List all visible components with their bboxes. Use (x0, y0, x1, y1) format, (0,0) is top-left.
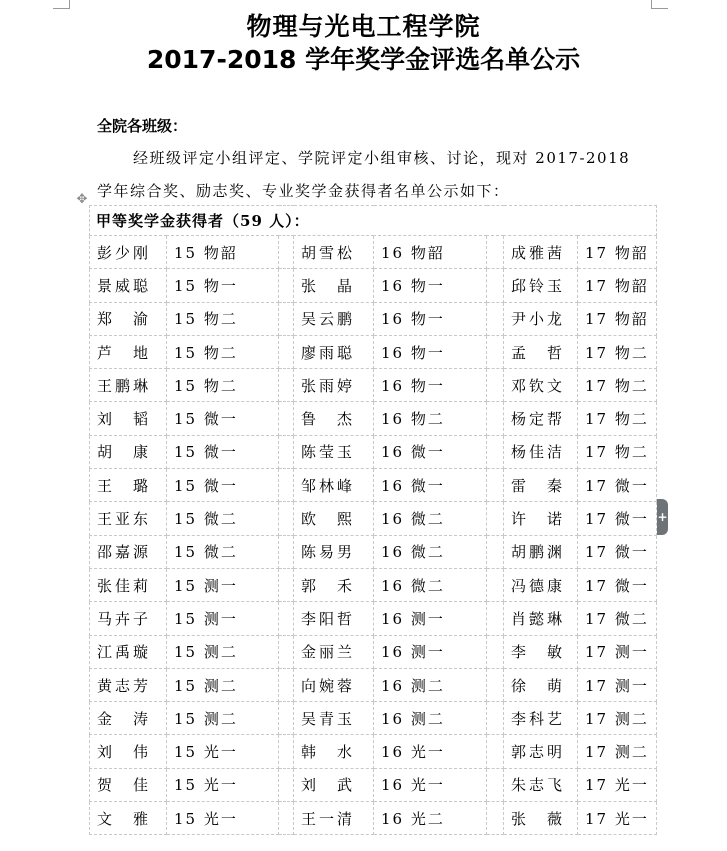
student-class: 17 物韶 (578, 269, 657, 302)
scholarship-table: 甲等奖学金获得者（59 人）： 彭少刚15 物韶胡雪松16 物韶成雅茜17 物韶… (89, 205, 657, 835)
student-name: 王 璐 (90, 469, 167, 502)
student-name: 贺 佳 (90, 768, 167, 801)
student-name: 文 雅 (90, 802, 167, 835)
student-name: 张 晶 (294, 269, 374, 302)
student-name: 雷 秦 (504, 469, 578, 502)
student-name: 吴青玉 (294, 702, 374, 735)
table-row: 张佳莉15 测一郭 禾16 微二冯德康17 微一 (90, 568, 657, 601)
greeting: 全院各班级： (97, 115, 187, 136)
student-class: 15 微二 (167, 502, 279, 535)
table-row: 彭少刚15 物韶胡雪松16 物韶成雅茜17 物韶 (90, 236, 657, 269)
student-name: 李 敏 (504, 635, 578, 668)
plus-icon: + (657, 510, 667, 524)
student-name: 陈易男 (294, 535, 374, 568)
student-name: 杨定帮 (504, 402, 578, 435)
student-class: 17 物二 (578, 369, 657, 402)
student-class: 17 微一 (578, 568, 657, 601)
student-class: 17 测二 (578, 702, 657, 735)
student-name: 鲁 杰 (294, 402, 374, 435)
student-name: 胡鹏渊 (504, 535, 578, 568)
spacer-cell (487, 535, 504, 568)
student-class: 16 测一 (374, 635, 487, 668)
student-name: 黄志芳 (90, 668, 167, 701)
student-name: 陈莹玉 (294, 435, 374, 468)
student-class: 16 光一 (374, 768, 487, 801)
student-name: 郑 渝 (90, 302, 167, 335)
student-name: 徐 萌 (504, 668, 578, 701)
student-class: 15 光一 (167, 735, 279, 768)
student-name: 成雅茜 (504, 236, 578, 269)
table-row: 郑 渝15 物二吴云鹏16 物一尹小龙17 物韶 (90, 302, 657, 335)
student-class: 16 微一 (374, 469, 487, 502)
student-class: 16 微二 (374, 535, 487, 568)
student-name: 邵嘉源 (90, 535, 167, 568)
student-class: 16 物一 (374, 335, 487, 368)
spacer-cell (487, 668, 504, 701)
table-row: 贺 佳15 光一刘 武16 光一朱志飞17 光一 (90, 768, 657, 801)
student-name: 欧 熙 (294, 502, 374, 535)
student-class: 15 微二 (167, 535, 279, 568)
student-class: 17 测二 (578, 735, 657, 768)
student-class: 15 测二 (167, 635, 279, 668)
student-class: 17 物二 (578, 335, 657, 368)
student-name: 王亚东 (90, 502, 167, 535)
student-name: 彭少刚 (90, 236, 167, 269)
student-name: 张 薇 (504, 802, 578, 835)
spacer-cell (487, 635, 504, 668)
spacer-cell (487, 735, 504, 768)
student-name: 刘 武 (294, 768, 374, 801)
student-name: 江禹璇 (90, 635, 167, 668)
spacer-cell (487, 302, 504, 335)
student-class: 17 微一 (578, 469, 657, 502)
student-class: 17 光一 (578, 768, 657, 801)
student-class: 15 微一 (167, 469, 279, 502)
spacer-cell (279, 602, 294, 635)
student-name: 王鹏琳 (90, 369, 167, 402)
spacer-cell (487, 802, 504, 835)
student-name: 郭 禾 (294, 568, 374, 601)
table-row: 景威聪15 物一张 晶16 物一邱铃玉17 物韶 (90, 269, 657, 302)
spacer-cell (279, 768, 294, 801)
student-name: 杨佳洁 (504, 435, 578, 468)
student-class: 17 物韶 (578, 236, 657, 269)
student-class: 16 微二 (374, 502, 487, 535)
student-name: 胡雪松 (294, 236, 374, 269)
intro-paragraph-line1: 经班级评定小组评定、学院评定小组审核、讨论，现对 2017-2018 (97, 147, 655, 168)
student-class: 15 物韶 (167, 236, 279, 269)
spacer-cell (279, 236, 294, 269)
student-class: 15 物二 (167, 302, 279, 335)
student-class: 17 物韶 (578, 302, 657, 335)
spacer-cell (279, 402, 294, 435)
student-class: 15 光一 (167, 802, 279, 835)
student-name: 李阳哲 (294, 602, 374, 635)
student-class: 16 物一 (374, 369, 487, 402)
student-class: 17 物二 (578, 402, 657, 435)
spacer-cell (487, 369, 504, 402)
student-name: 胡 康 (90, 435, 167, 468)
student-class: 16 物韶 (374, 236, 487, 269)
spacer-cell (487, 568, 504, 601)
spacer-cell (487, 702, 504, 735)
spacer-cell (279, 535, 294, 568)
student-name: 邹林峰 (294, 469, 374, 502)
table-row: 黄志芳15 测二向婉蓉16 测二徐 萌17 测一 (90, 668, 657, 701)
student-class: 15 测二 (167, 702, 279, 735)
spacer-cell (279, 702, 294, 735)
student-name: 向婉蓉 (294, 668, 374, 701)
table-row: 王鹏琳15 物二张雨婷16 物一邓钦文17 物二 (90, 369, 657, 402)
student-class: 15 测一 (167, 602, 279, 635)
student-class: 16 微二 (374, 568, 487, 601)
student-name: 张佳莉 (90, 568, 167, 601)
student-name: 肖懿琳 (504, 602, 578, 635)
spacer-cell (279, 735, 294, 768)
table-move-handle-icon[interactable]: ✥ (75, 193, 89, 207)
spacer-cell (487, 402, 504, 435)
document-title: 物理与光电工程学院 (0, 7, 727, 43)
student-name: 芦 地 (90, 335, 167, 368)
spacer-cell (279, 435, 294, 468)
spacer-cell (487, 435, 504, 468)
spacer-cell (279, 269, 294, 302)
table-row: 江禹璇15 测二金丽兰16 测一李 敏17 测一 (90, 635, 657, 668)
table-row: 王亚东15 微二欧 熙16 微二许 诺17 微一 (90, 502, 657, 535)
student-class: 17 微二 (578, 602, 657, 635)
table-row: 马卉子15 测一李阳哲16 测一肖懿琳17 微二 (90, 602, 657, 635)
student-class: 16 光二 (374, 802, 487, 835)
student-name: 廖雨聪 (294, 335, 374, 368)
student-name: 郭志明 (504, 735, 578, 768)
table-row: 芦 地15 物二廖雨聪16 物一孟 哲17 物二 (90, 335, 657, 368)
spacer-cell (279, 302, 294, 335)
student-class: 17 测一 (578, 668, 657, 701)
student-class: 15 测二 (167, 668, 279, 701)
spacer-cell (279, 802, 294, 835)
table-row: 金 涛15 测二吴青玉16 测二李科艺17 测二 (90, 702, 657, 735)
student-class: 16 光一 (374, 735, 487, 768)
spacer-cell (487, 502, 504, 535)
table-row: 王 璐15 微一邹林峰16 微一雷 秦17 微一 (90, 469, 657, 502)
spacer-cell (487, 469, 504, 502)
spacer-cell (279, 635, 294, 668)
student-class: 15 物二 (167, 369, 279, 402)
student-name: 王一清 (294, 802, 374, 835)
student-class: 17 测一 (578, 635, 657, 668)
student-class: 17 微一 (578, 502, 657, 535)
student-name: 金丽兰 (294, 635, 374, 668)
student-name: 景威聪 (90, 269, 167, 302)
student-class: 17 光一 (578, 802, 657, 835)
spacer-cell (279, 369, 294, 402)
table-header-row: 甲等奖学金获得者（59 人）： (90, 206, 657, 236)
student-class: 16 测一 (374, 602, 487, 635)
student-class: 17 物二 (578, 435, 657, 468)
spacer-cell (279, 568, 294, 601)
student-name: 朱志飞 (504, 768, 578, 801)
spacer-cell (487, 335, 504, 368)
add-column-button[interactable]: + (657, 499, 668, 535)
spacer-cell (279, 502, 294, 535)
student-name: 邓钦文 (504, 369, 578, 402)
spacer-cell (487, 269, 504, 302)
student-name: 金 涛 (90, 702, 167, 735)
student-name: 刘 伟 (90, 735, 167, 768)
student-name: 马卉子 (90, 602, 167, 635)
student-class: 16 物一 (374, 269, 487, 302)
student-class: 15 测一 (167, 568, 279, 601)
spacer-cell (487, 602, 504, 635)
student-name: 刘 韬 (90, 402, 167, 435)
table-row: 邵嘉源15 微二陈易男16 微二胡鹏渊17 微一 (90, 535, 657, 568)
table-row: 刘 韬15 微一鲁 杰16 物二杨定帮17 物二 (90, 402, 657, 435)
spacer-cell (487, 768, 504, 801)
student-class: 16 测二 (374, 702, 487, 735)
student-class: 16 物二 (374, 402, 487, 435)
student-name: 许 诺 (504, 502, 578, 535)
document-subtitle: 2017-2018 学年奖学金评选名单公示 (0, 40, 727, 76)
student-class: 15 光一 (167, 768, 279, 801)
student-name: 张雨婷 (294, 369, 374, 402)
student-name: 李科艺 (504, 702, 578, 735)
student-name: 韩 水 (294, 735, 374, 768)
spacer-cell (279, 335, 294, 368)
student-name: 邱铃玉 (504, 269, 578, 302)
table-row: 胡 康15 微一陈莹玉16 微一杨佳洁17 物二 (90, 435, 657, 468)
student-name: 冯德康 (504, 568, 578, 601)
student-class: 16 微一 (374, 435, 487, 468)
student-class: 15 微一 (167, 435, 279, 468)
table-row: 刘 伟15 光一韩 水16 光一郭志明17 测二 (90, 735, 657, 768)
student-name: 孟 哲 (504, 335, 578, 368)
student-class: 15 微一 (167, 402, 279, 435)
student-class: 15 物一 (167, 269, 279, 302)
intro-paragraph-line2: 学年综合奖、励志奖、专业奖学金获得者名单公示如下： (97, 180, 655, 201)
spacer-cell (279, 469, 294, 502)
student-class: 15 物二 (167, 335, 279, 368)
student-name: 尹小龙 (504, 302, 578, 335)
student-name: 吴云鹏 (294, 302, 374, 335)
table-header: 甲等奖学金获得者（59 人）： (90, 206, 657, 236)
student-class: 16 测二 (374, 668, 487, 701)
student-class: 16 物一 (374, 302, 487, 335)
spacer-cell (487, 236, 504, 269)
spacer-cell (279, 668, 294, 701)
table-row: 文 雅15 光一王一清16 光二张 薇17 光一 (90, 802, 657, 835)
student-class: 17 微一 (578, 535, 657, 568)
